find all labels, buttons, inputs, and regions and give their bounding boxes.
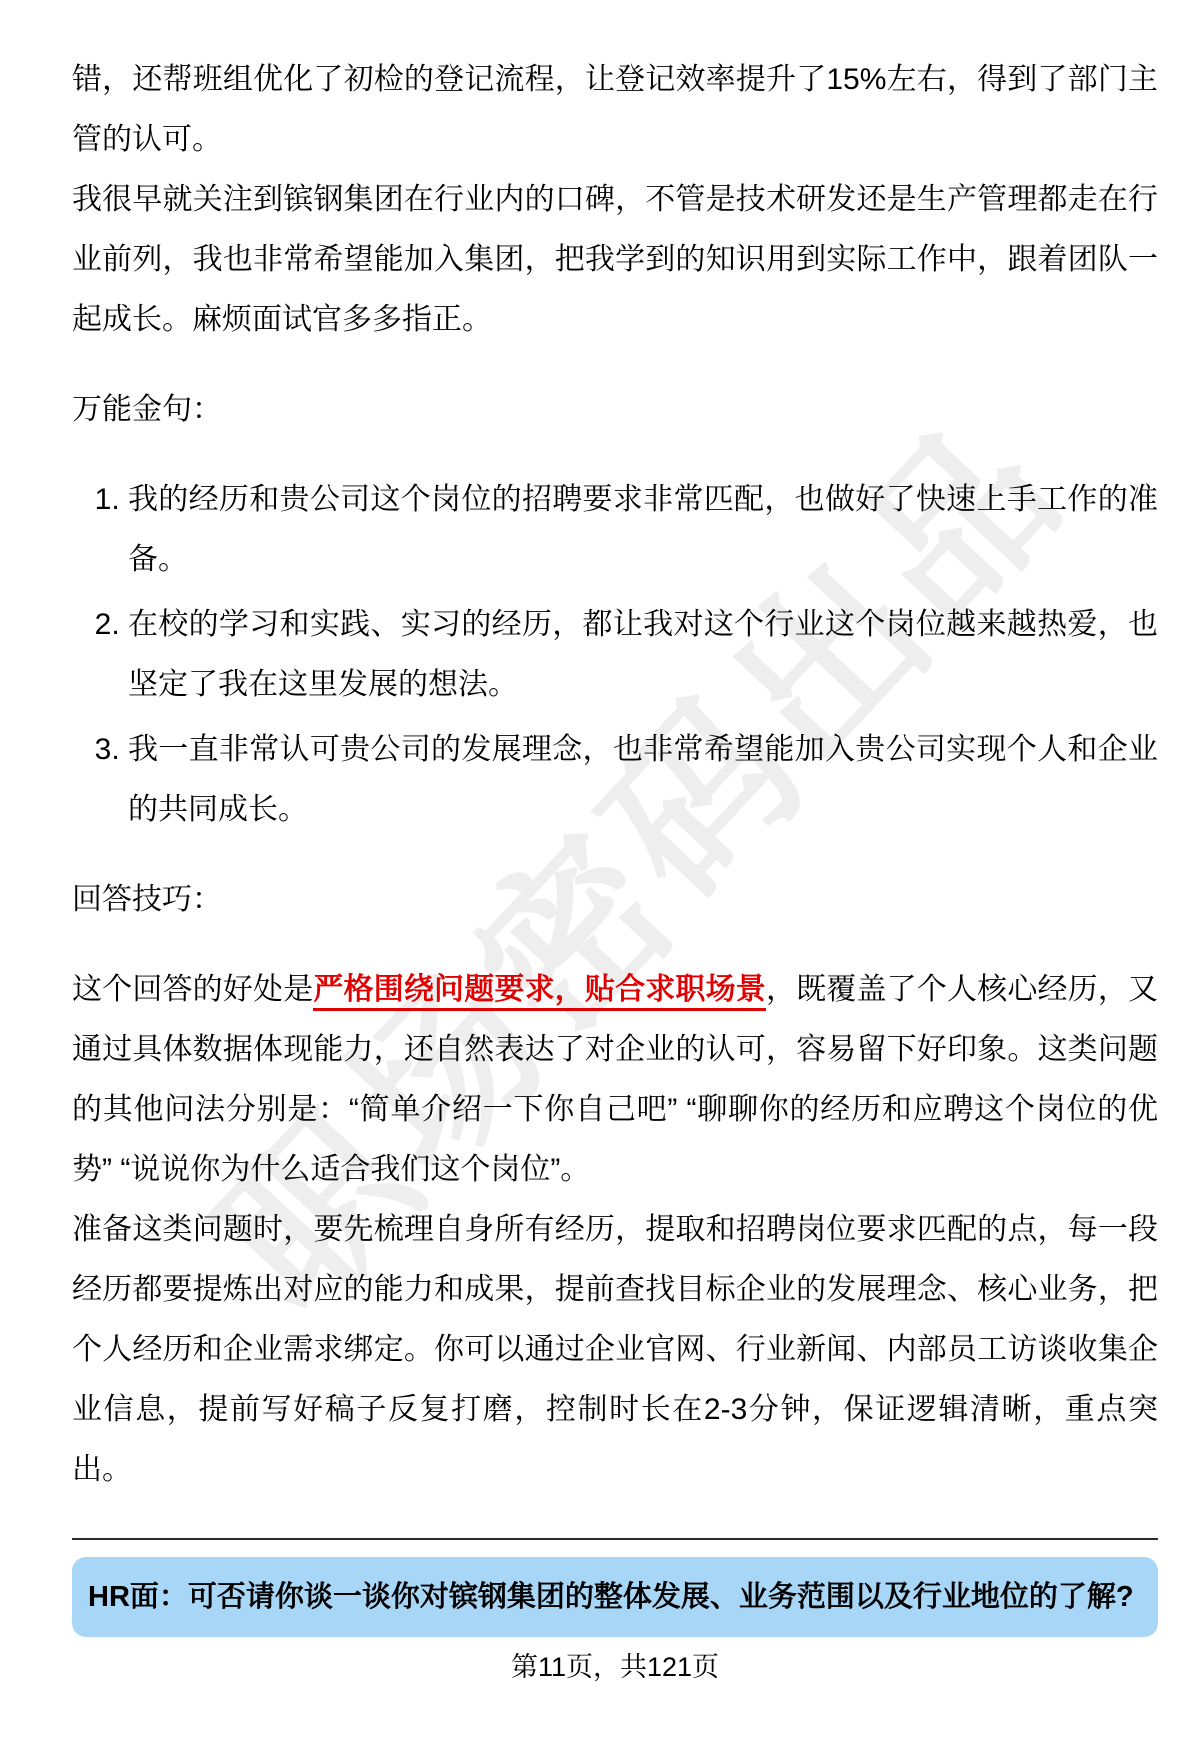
document-page: 职场密码出品 错，还帮班组优化了初检的登记流程，让登记效率提升了15%左右，得到… [0, 0, 1200, 1685]
paragraph-tips-preparation: 准备这类问题时，要先梳理自身所有经历，提取和招聘岗位要求匹配的点，每一段经历都要… [72, 1200, 1158, 1500]
section-heading-golden-sentences: 万能金句： [72, 380, 1158, 440]
list-item: 我的经历和贵公司这个岗位的招聘要求非常匹配，也做好了快速上手工作的准备。 [128, 470, 1158, 590]
paragraph-company-motivation: 我很早就关注到镔钢集团在行业内的口碑，不管是技术研发还是生产管理都走在行业前列，… [72, 170, 1158, 350]
list-item: 在校的学习和实践、实习的经历，都让我对这个行业这个岗位越来越热爱，也坚定了我在这… [128, 595, 1158, 715]
highlighted-phrase: 严格围绕问题要求，贴合求职场景 [313, 973, 766, 1011]
golden-sentences-list: 我的经历和贵公司这个岗位的招聘要求非常匹配，也做好了快速上手工作的准备。 在校的… [72, 470, 1158, 840]
section-heading-answer-tips: 回答技巧： [72, 870, 1158, 930]
paragraph-tips-benefits: 这个回答的好处是严格围绕问题要求，贴合求职场景，既覆盖了个人核心经历，又通过具体… [72, 960, 1158, 1200]
list-item: 我一直非常认可贵公司的发展理念，也非常希望能加入贵公司实现个人和企业的共同成长。 [128, 720, 1158, 840]
page-content: 错，还帮班组优化了初检的登记流程，让登记效率提升了15%左右，得到了部门主管的认… [0, 0, 1200, 1685]
paragraph-carryover: 错，还帮班组优化了初检的登记流程，让登记效率提升了15%左右，得到了部门主管的认… [72, 50, 1158, 170]
hr-question-text: HR面：可否请你谈一谈你对镔钢集团的整体发展、业务范围以及行业地位的了解? [88, 1577, 1142, 1617]
tips-prefix-text: 这个回答的好处是 [72, 973, 313, 1006]
hr-question-box: HR面：可否请你谈一谈你对镔钢集团的整体发展、业务范围以及行业地位的了解? [72, 1557, 1158, 1637]
section-divider [72, 1538, 1158, 1540]
page-number: 第11页，共121页 [72, 1649, 1158, 1685]
